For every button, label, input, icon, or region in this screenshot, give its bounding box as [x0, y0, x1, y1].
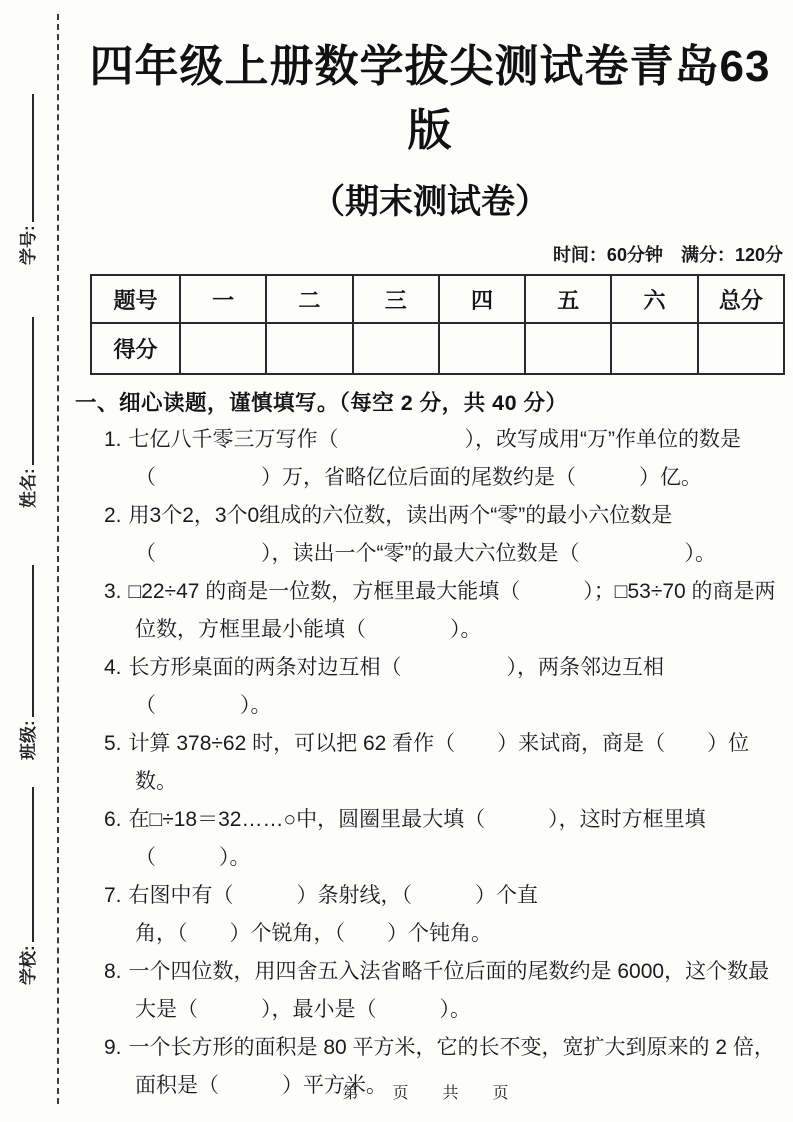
question-5-text: 计算 378÷62 时，可以把 62 看作（ ）来试商，商是（ ）位数。	[129, 732, 750, 793]
score-table-header-cell: 题号	[91, 275, 180, 323]
score-cell[interactable]	[180, 323, 266, 374]
class-field: 班级:	[14, 565, 40, 760]
question-2: 2.用3个2，3个0组成的六位数，读出两个“零”的最小六位数是（ ），读出一个“…	[75, 497, 785, 573]
question-7-number: 7.	[104, 884, 122, 907]
question-3: 3.□22÷47 的商是一位数，方框里最大能填（ ）；□53÷70 的商是两位数…	[75, 573, 785, 649]
question-8: 8.一个四位数，用四舍五入法省略千位后面的尾数约是 6000，这个数最大是（ ）…	[75, 953, 785, 1029]
school-label: 学校:	[19, 945, 38, 985]
section-one-heading: 一、细心读题，谨慎填写。（每空 2 分，共 40 分）	[75, 386, 785, 417]
question-1: 1.七亿八千零三万写作（ ），改写成用“万”作单位的数是（ ）万，省略亿位后面的…	[75, 421, 785, 497]
question-4-text: 长方形桌面的两条对边互相（ ），两条邻边互相（ ）。	[129, 656, 665, 717]
student-id-field: 学号:	[14, 94, 40, 265]
student-name-field: 姓名:	[14, 317, 40, 508]
score-cell[interactable]	[525, 323, 611, 374]
score-table-header-cell: 三	[353, 275, 439, 323]
main-content: 四年级上册数学拔尖测试卷青岛63版 （期末测试卷） 时间：60分钟 满分：120…	[75, 0, 785, 1105]
score-table-header-cell: 四	[439, 275, 525, 323]
question-3-text: □22÷47 的商是一位数，方框里最大能填（ ）；□53÷70 的商是两位数，方…	[129, 580, 776, 641]
question-7-text: 右图中有（ ）条射线，（ ）个直角，（ ）个锐角，（ ）个钝角。	[129, 884, 539, 945]
exam-paper-page: 学号: 姓名: 班级: 学校: 四年级上册数学拔尖测试卷青岛63版 （期末测试卷…	[0, 0, 793, 1122]
score-table-header-cell: 二	[266, 275, 352, 323]
question-8-number: 8.	[104, 960, 122, 983]
class-blank-line[interactable]	[14, 565, 34, 717]
exam-time-score-meta: 时间：60分钟 满分：120分	[75, 241, 785, 267]
score-table-header-row: 题号 一 二 三 四 五 六 总分	[91, 275, 784, 323]
score-row-label: 得分	[91, 323, 180, 374]
page-title: 四年级上册数学拔尖测试卷青岛63版	[75, 30, 785, 158]
score-cell[interactable]	[439, 323, 525, 374]
score-table-header-cell: 六	[611, 275, 697, 323]
question-4: 4.长方形桌面的两条对边互相（ ），两条邻边互相（ ）。	[75, 649, 785, 725]
score-table: 题号 一 二 三 四 五 六 总分 得分	[90, 274, 785, 375]
question-4-number: 4.	[104, 656, 122, 679]
question-2-number: 2.	[104, 504, 122, 527]
question-6-text: 在□÷18＝32……○中，圆圈里最大填（ ），这时方框里填（ ）。	[129, 808, 706, 869]
score-table-header-cell: 五	[525, 275, 611, 323]
school-field: 学校:	[14, 787, 40, 985]
question-2-text: 用3个2，3个0组成的六位数，读出两个“零”的最小六位数是（ ），读出一个“零”…	[129, 504, 716, 565]
question-1-text: 七亿八千零三万写作（ ），改写成用“万”作单位的数是（ ）万，省略亿位后面的尾数…	[129, 428, 741, 489]
score-cell[interactable]	[611, 323, 697, 374]
student-name-label: 姓名:	[19, 468, 38, 508]
score-table-header-cell: 一	[180, 275, 266, 323]
school-blank-line[interactable]	[14, 787, 34, 942]
question-6-number: 6.	[104, 808, 122, 831]
question-5-number: 5.	[104, 732, 122, 755]
student-id-blank-line[interactable]	[14, 94, 34, 222]
class-label: 班级:	[19, 720, 38, 760]
student-id-label: 学号:	[19, 225, 38, 265]
question-9-number: 9.	[104, 1036, 122, 1059]
score-table-header-cell: 总分	[698, 275, 784, 323]
score-table-score-row: 得分	[91, 323, 784, 374]
score-cell[interactable]	[266, 323, 352, 374]
score-cell[interactable]	[698, 323, 784, 374]
student-name-blank-line[interactable]	[14, 317, 34, 465]
page-footer: 第 页 共 页	[75, 1080, 785, 1103]
seal-dashed-line	[57, 14, 59, 1104]
page-subtitle: （期末测试卷）	[75, 174, 785, 223]
question-5: 5.计算 378÷62 时，可以把 62 看作（ ）来试商，商是（ ）位数。	[75, 725, 785, 801]
score-cell[interactable]	[353, 323, 439, 374]
question-7: 7.右图中有（ ）条射线，（ ）个直角，（ ）个锐角，（ ）个钝角。	[75, 877, 785, 953]
question-1-number: 1.	[104, 428, 122, 451]
question-6: 6.在□÷18＝32……○中，圆圈里最大填（ ），这时方框里填（ ）。	[75, 801, 785, 877]
question-3-number: 3.	[104, 580, 122, 603]
question-list: 1.七亿八千零三万写作（ ），改写成用“万”作单位的数是（ ）万，省略亿位后面的…	[75, 421, 785, 1105]
question-8-text: 一个四位数，用四舍五入法省略千位后面的尾数约是 6000，这个数最大是（ ），最…	[129, 960, 770, 1021]
